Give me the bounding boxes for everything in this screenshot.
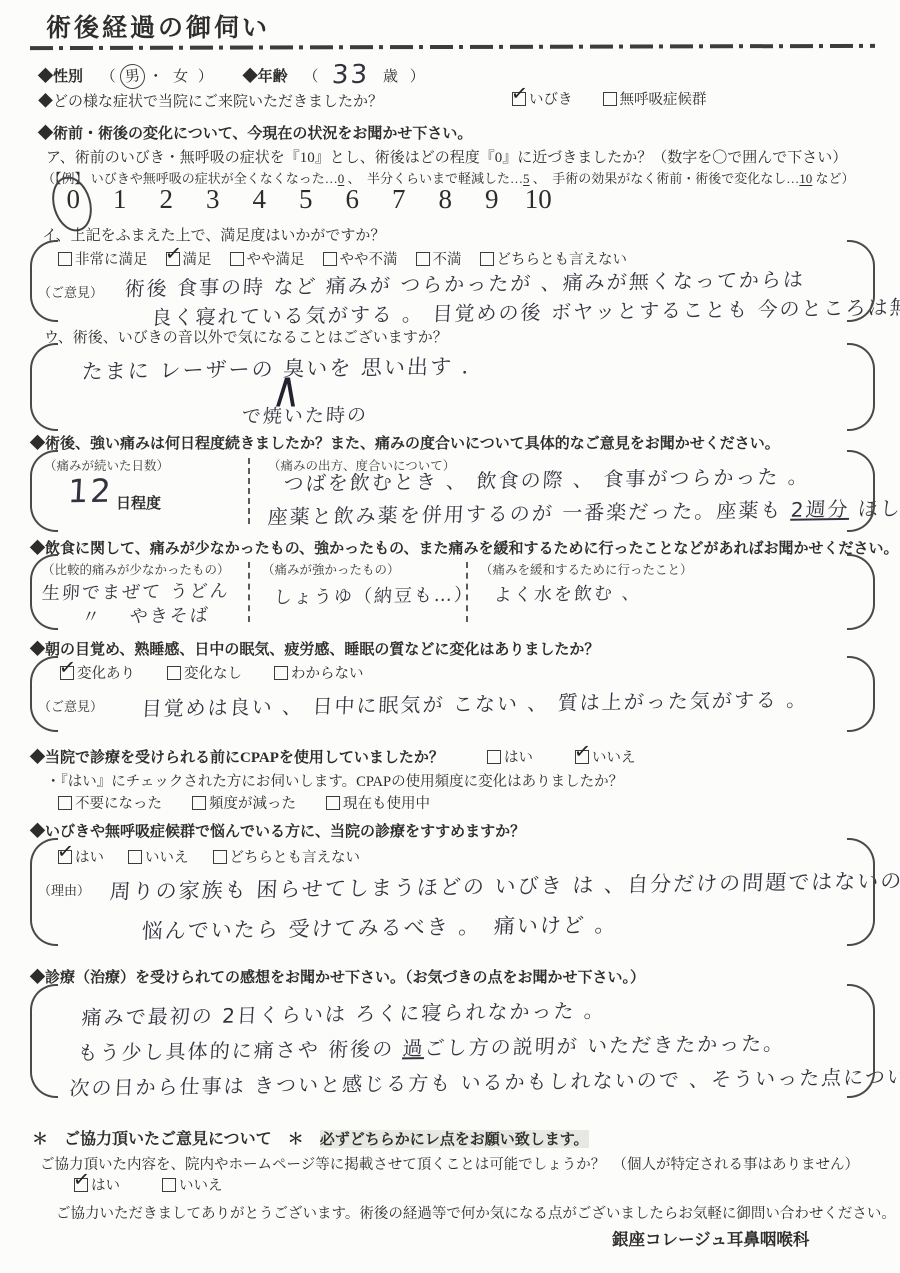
handwritten-food-col3: よく水を飲む 、 bbox=[493, 579, 642, 607]
checkbox-label: 変化なし bbox=[184, 662, 242, 683]
checkbox-label: はい bbox=[91, 1174, 120, 1195]
option-rec-dochira: どちらとも言えない bbox=[213, 846, 361, 867]
sleep-box: 変化あり 変化なし わからない （ご意見） 目覚めは良い 、 日中に眠気が こな… bbox=[30, 656, 875, 732]
checkbox-label: 現在も使用中 bbox=[343, 792, 430, 813]
symptom-options: いびき 無呼吸症候群 bbox=[512, 88, 707, 109]
scale-2: 2 bbox=[143, 184, 190, 215]
example-text: 、 手術の効果がなく術前・術後で変化なし… bbox=[530, 171, 800, 186]
checkbox-label: はい bbox=[504, 746, 533, 767]
paren: ） bbox=[198, 69, 213, 85]
checkbox-icon bbox=[274, 666, 288, 680]
column-divider bbox=[248, 458, 250, 524]
option-fuman: 不満 bbox=[416, 248, 462, 269]
checkbox-label: 非常に満足 bbox=[75, 248, 148, 269]
option-rec-iie: いいえ bbox=[128, 846, 189, 867]
scale-8: 8 bbox=[422, 184, 469, 215]
paren: ） bbox=[410, 69, 425, 85]
checkbox-icon bbox=[167, 666, 181, 680]
option-hijoni-manzoku: 非常に満足 bbox=[58, 248, 148, 269]
checkbox-icon bbox=[128, 850, 142, 864]
scale-0-circled: 0 bbox=[50, 184, 97, 215]
handwritten-impression-line1: 痛みで最初の 2日くらいは ろくに寝られなかった 。 bbox=[81, 994, 607, 1030]
option-consent-hai: はい bbox=[74, 1174, 120, 1195]
option-ibiki: いびき bbox=[512, 88, 573, 109]
checkbox-icon bbox=[162, 1178, 176, 1192]
age-value-handwritten: 33 bbox=[331, 60, 370, 91]
scale-3: 3 bbox=[190, 184, 237, 215]
checkbox-icon bbox=[326, 796, 340, 810]
option-henka-ari: 変化あり bbox=[60, 662, 135, 683]
cpap-followup-options: 不要になった 頻度が減った 現在も使用中 bbox=[58, 792, 430, 813]
concerns-box: たまに レーザーの 臭いを 思い出す ． ∧ で焼いた時の bbox=[30, 343, 875, 431]
checkbox-icon bbox=[58, 850, 72, 864]
checkbox-label: 頻度が減った bbox=[209, 792, 296, 813]
checkbox-label: 満足 bbox=[183, 248, 212, 269]
satisfaction-box: 非常に満足 満足 やや満足 やや不満 不満 どちらとも言えない （ご意見） 術後… bbox=[30, 240, 875, 322]
checkbox-icon bbox=[480, 252, 494, 266]
consent-note-emphasis: 必ずどちらかにレ点をお願い致します。 bbox=[320, 1130, 589, 1148]
checkbox-icon bbox=[60, 666, 74, 680]
checkbox-label: 不要になった bbox=[75, 792, 162, 813]
satisfaction-options: 非常に満足 満足 やや満足 やや不満 不満 どちらとも言えない bbox=[58, 248, 627, 269]
cpap-question: ◆当院で診療を受けられる前にCPAPを使用していましたか？ bbox=[30, 746, 444, 767]
cpap-followup: ・『はい』にチェックされた方にお伺いします。CPAPの使用頻度に変化はありました… bbox=[46, 770, 623, 791]
age-unit: 歳 bbox=[383, 69, 398, 85]
profile-row: ◆性別 （ 男 ・ 女 ） ◆年齢 （ 33 歳 ） bbox=[38, 58, 425, 89]
option-henka-nashi: 変化なし bbox=[167, 662, 242, 683]
scanned-questionnaire: 術後経過の御伺い ◆性別 （ 男 ・ 女 ） ◆年齢 （ 33 歳 ） ◆どの様… bbox=[0, 0, 900, 1273]
example-10: 10 bbox=[799, 171, 812, 186]
food-col2-label: （痛みが強かったもの） bbox=[262, 560, 400, 578]
scale-4: 4 bbox=[236, 184, 283, 215]
option-mukokyu: 無呼吸症候群 bbox=[603, 88, 707, 109]
gender-female: 女 bbox=[173, 69, 188, 85]
example-text: など） bbox=[812, 171, 854, 186]
handwritten-pain-detail1: つばを飲むとき 、 飲食の際 、 食事がつらかった 。 bbox=[283, 460, 811, 496]
footer-thanks: ご協力いただきましてありがとうございます。術後の経過等で何か気になる点がございま… bbox=[56, 1202, 896, 1223]
handwritten-reason-line2: 悩んでいたら 受けてみるべき 。 痛いけど 。 bbox=[141, 909, 619, 946]
handwritten-food-col2: しょうゆ（納豆も…） bbox=[273, 581, 475, 610]
scale-9: 9 bbox=[469, 184, 516, 215]
checkbox-icon bbox=[230, 252, 244, 266]
checkbox-icon bbox=[575, 750, 589, 764]
food-box: （比較的痛みが少なかったもの） 生卵でまぜて うどん 〃 やきそば （痛みが強か… bbox=[30, 554, 875, 630]
checkbox-icon bbox=[192, 796, 206, 810]
scale-7: 7 bbox=[376, 184, 423, 215]
clinic-name: 銀座コレージュ耳鼻咽喉科 bbox=[612, 1226, 809, 1250]
scale-5: 5 bbox=[283, 184, 330, 215]
checkbox-icon bbox=[213, 850, 227, 864]
checkbox-icon bbox=[416, 252, 430, 266]
dot: ・ bbox=[148, 69, 163, 85]
option-cpap-iie: いいえ bbox=[575, 746, 636, 767]
option-fuyou: 不要になった bbox=[58, 792, 162, 813]
consent-options: はい いいえ bbox=[74, 1174, 223, 1195]
option-yaya-manzoku: やや満足 bbox=[230, 248, 305, 269]
consent-note-prefix: ＊ ご協力頂いたご意見について ＊ bbox=[32, 1131, 320, 1148]
option-cpap-hai: はい bbox=[487, 746, 533, 767]
reason-label: （理由） bbox=[38, 880, 90, 899]
scale-10: 10 bbox=[515, 184, 562, 215]
symptom-question: ◆どの様な症状で当院にご来院いただきましたか？ bbox=[38, 90, 383, 111]
checkbox-icon bbox=[487, 750, 501, 764]
option-rec-hai: はい bbox=[58, 846, 104, 867]
recommend-options: はい いいえ どちらとも言えない bbox=[58, 846, 360, 867]
paren: （ bbox=[101, 69, 116, 85]
checkbox-label: はい bbox=[75, 846, 104, 867]
handwritten-sleep-comment: 目覚めは良い 、 日中に眠気が こない 、 質は上がった気がする 。 bbox=[141, 683, 809, 721]
comment-label: （ご意見） bbox=[38, 696, 103, 715]
handwritten-impression-line3: 次の日から仕事は きついと感じる方も いるかもしれないので 、そういった点につい… bbox=[69, 1060, 900, 1101]
food-col1-label: （比較的痛みが少なかったもの） bbox=[42, 560, 230, 578]
cpap-options: はい いいえ bbox=[487, 746, 636, 767]
checkbox-label: どちらとも言えない bbox=[230, 846, 361, 867]
option-genzai: 現在も使用中 bbox=[326, 792, 430, 813]
option-consent-iie: いいえ bbox=[162, 1174, 223, 1195]
option-manzoku: 満足 bbox=[166, 248, 212, 269]
consent-question: ご協力頂いた内容を、院内やホームページ等に掲載させて頂くことは可能でしょうか？ … bbox=[40, 1153, 859, 1174]
checkbox-label: いびき bbox=[529, 88, 573, 109]
checkbox-label: わからない bbox=[291, 662, 364, 683]
checkbox-label: いいえ bbox=[179, 1174, 223, 1195]
checkbox-label: やや不満 bbox=[340, 248, 398, 269]
handwritten-food-col1-line2: 〃 やきそば bbox=[81, 601, 210, 629]
form-title: 術後経過の御伺い bbox=[46, 8, 270, 44]
option-hindo: 頻度が減った bbox=[192, 792, 296, 813]
handwritten-pain-detail2: 座薬と飲み薬を併用するのが 一番楽だった。座薬も 2週分 ほしかった。 bbox=[267, 491, 900, 530]
comment-label: （ご意見） bbox=[38, 282, 103, 301]
checkbox-icon bbox=[74, 1178, 88, 1192]
checkbox-icon bbox=[512, 92, 526, 106]
checkbox-label: 無呼吸症候群 bbox=[620, 88, 707, 109]
checkbox-label: やや満足 bbox=[247, 248, 305, 269]
handwritten-pain-days: 12 bbox=[67, 472, 114, 511]
handwritten-concern-note: で焼いた時の bbox=[241, 400, 369, 429]
title-divider bbox=[30, 44, 875, 50]
recommend-box: はい いいえ どちらとも言えない （理由） 周りの家族も 困らせてしまうほどの … bbox=[30, 838, 875, 946]
checkbox-label: 変化あり bbox=[77, 662, 135, 683]
impression-box: 痛みで最初の 2日くらいは ろくに寝られなかった 。 もう少し具体的に痛さや 術… bbox=[30, 984, 875, 1098]
change-question-a: ア、術前のいびき・無呼吸の症状を『10』とし、術後はどの程度『0』に近づきました… bbox=[46, 146, 847, 167]
gender-male-circled: 男 bbox=[118, 63, 146, 91]
option-yaya-fuman: やや不満 bbox=[323, 248, 398, 269]
option-wakaranai: わからない bbox=[274, 662, 364, 683]
change-heading: ◆術前・術後の変化について、今現在の状況をお聞かせ下さい。 bbox=[38, 122, 472, 143]
scale-6: 6 bbox=[329, 184, 376, 215]
scale-1: 1 bbox=[97, 184, 144, 215]
gender-label: ◆性別 bbox=[38, 69, 83, 85]
checkbox-icon bbox=[166, 252, 180, 266]
checkbox-icon bbox=[58, 252, 72, 266]
checkbox-icon bbox=[58, 796, 72, 810]
checkbox-label: いいえ bbox=[592, 746, 636, 767]
column-divider bbox=[248, 562, 250, 622]
pain-box: （痛みが続いた日数） （痛みの出方、度合いについて） 12 日程度 つばを飲むと… bbox=[30, 450, 875, 532]
food-col3-label: （痛みを緩和するために行ったこと） bbox=[480, 560, 693, 578]
checkbox-label: いいえ bbox=[145, 846, 189, 867]
checkbox-label: 不満 bbox=[433, 248, 462, 269]
handwritten-impression-line2: もう少し具体的に痛さや 術後の 過ごし方の説明が いただきたかった。 bbox=[77, 1027, 786, 1066]
checkbox-icon bbox=[603, 92, 617, 106]
rating-scale: 0 1 2 3 4 5 6 7 8 9 10 bbox=[50, 184, 562, 215]
handwritten-reason-line1: 周りの家族も 困らせてしまうほどの いびき は 、自分だけの問題ではないので 、 bbox=[109, 864, 900, 906]
age-label: ◆年齢 bbox=[243, 69, 288, 85]
checkbox-icon bbox=[323, 252, 337, 266]
paren: （ bbox=[303, 69, 318, 85]
sleep-options: 変化あり 変化なし わからない bbox=[60, 662, 364, 683]
pain-days-unit: 日程度 bbox=[116, 492, 161, 513]
consent-note: ＊ ご協力頂いたご意見について ＊ 必ずどちらかにレ点をお願い致します。 bbox=[32, 1126, 589, 1149]
